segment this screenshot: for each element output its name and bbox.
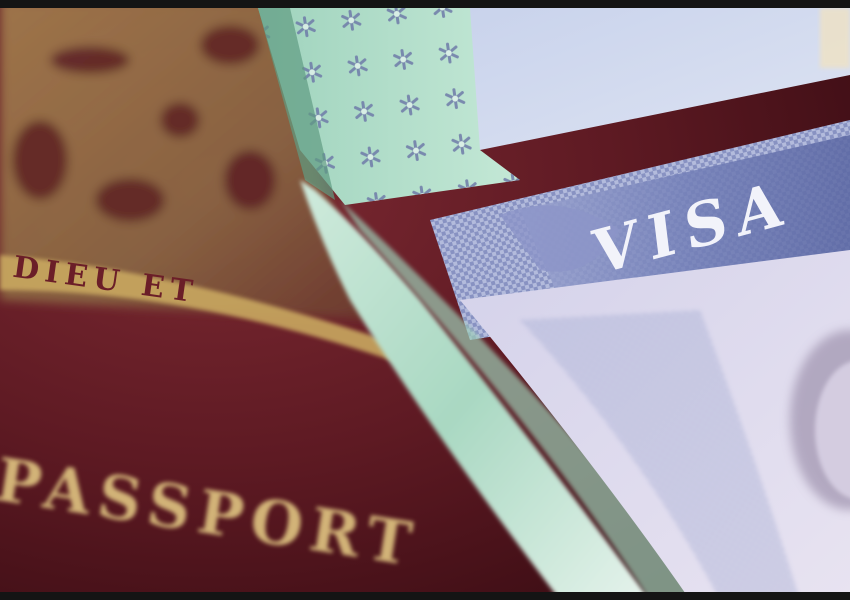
frame-bar-top (0, 0, 850, 8)
photo-passport-visa: DIEU ET PASSPORT VISA (0, 0, 850, 600)
frame-bar-bottom (0, 592, 850, 600)
light-glare (820, 8, 850, 68)
photo-canvas: DIEU ET PASSPORT VISA (0, 0, 850, 600)
